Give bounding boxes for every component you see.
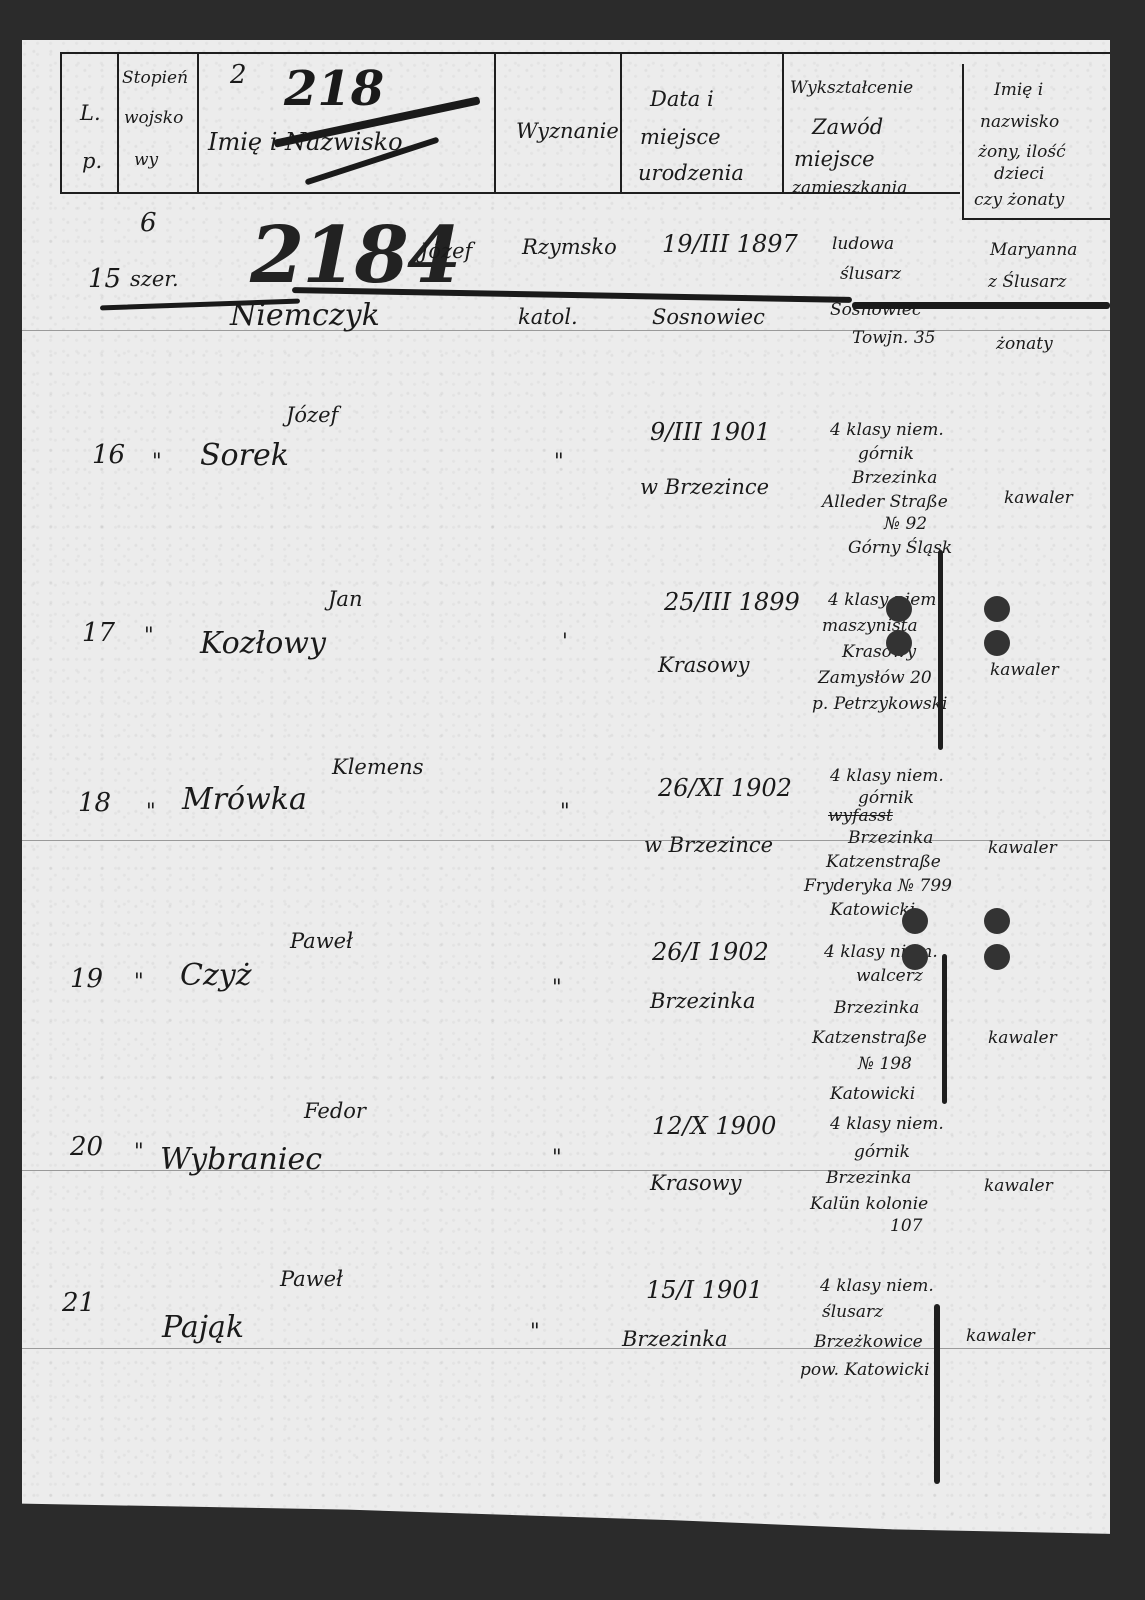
header-top-border	[60, 52, 1110, 54]
entry-religion-2: katol.	[518, 306, 578, 328]
entry-rank: "	[134, 970, 144, 992]
header-imie-zony-5: czy żonaty	[974, 192, 1064, 210]
entry-occupation: Katzenstraße	[812, 1030, 927, 1048]
punch-hole-icon	[886, 596, 912, 622]
header-zawod-3: miejsce	[794, 148, 875, 170]
entry-occupation: 4 klasy niem.	[828, 592, 942, 610]
entry-birth-date: 15/I 1901	[646, 1278, 763, 1303]
entry-occupation: wyfasst	[828, 808, 893, 826]
header-stopien-2: wojsko	[124, 110, 183, 128]
entry-rank: "	[146, 800, 156, 822]
entry-occupation: № 92	[884, 516, 927, 534]
punch-hole-icon	[984, 596, 1010, 622]
entry-birth-date: 19/III 1897	[662, 232, 798, 257]
margin-bracket	[942, 954, 947, 1104]
entry-birth-date: 9/III 1901	[650, 420, 771, 445]
register-page: L. p. Stopień wojsko wy 2 218 Imię i Naz…	[22, 40, 1110, 1552]
ruled-line	[22, 1348, 1110, 1349]
entry-rank: "	[152, 450, 162, 472]
header-divider	[117, 52, 119, 194]
entry-spouse: Maryanna	[990, 242, 1077, 260]
entry-birth-date: 26/XI 1902	[658, 776, 792, 801]
punch-hole-icon	[902, 908, 928, 934]
entry-religion: "	[560, 800, 570, 822]
entry-birth-place: w Brzezince	[644, 834, 773, 856]
header-stopien-1: Stopień	[122, 70, 188, 88]
entry-surname: Kozłowy	[200, 628, 326, 660]
entry-occupation: 4 klasy niem.	[830, 768, 944, 786]
entry-marital: kawaler	[990, 662, 1059, 680]
entry-lp: 21	[62, 1290, 95, 1317]
entry-birth-place: Brzezinka	[650, 990, 756, 1012]
entry-birth-place: Sosnowiec	[652, 306, 765, 328]
entry-lp: 15	[88, 266, 121, 293]
header-bottom-border-right	[962, 218, 1110, 220]
header-wyznanie: Wyznanie	[516, 120, 619, 142]
entry-marital: kawaler	[966, 1328, 1035, 1346]
entry-religion: "	[554, 450, 564, 472]
header-imie-zony-1: Imię i	[994, 82, 1043, 100]
header-lp-1: L.	[80, 102, 101, 124]
entry-birth-place: Krasowy	[658, 654, 750, 676]
margin-bracket	[934, 1304, 940, 1484]
header-divider	[782, 52, 784, 194]
header-imie-zony-3: żony, ilość	[978, 144, 1066, 162]
punch-hole-icon	[984, 630, 1010, 656]
entry-birth-date: 12/X 1900	[652, 1114, 776, 1139]
ruled-line	[22, 840, 1110, 841]
entry-given-name: Fedor	[304, 1100, 366, 1122]
entry-occupation: ślusarz	[840, 266, 901, 284]
entry-birth-place: Brzezinka	[622, 1328, 728, 1350]
header-data-1: Data i	[650, 88, 714, 110]
entry-given-name: Jan	[328, 588, 362, 610]
entry-religion: "	[552, 1146, 562, 1168]
header-divider	[962, 64, 964, 220]
entry-occupation: p. Petrzykowski	[812, 696, 948, 714]
entry-occupation: górnik	[854, 1144, 910, 1162]
entry-given-name: Klemens	[332, 756, 423, 778]
margin-bracket	[938, 550, 943, 750]
entry-surname: Pająk	[162, 1312, 244, 1344]
header-zawod-4: zamieszkania	[792, 180, 907, 198]
header-name-prefix: 2	[230, 62, 247, 89]
header-divider	[494, 52, 496, 194]
entry-surname: Mrówka	[182, 784, 307, 816]
entry-lp: 18	[78, 790, 111, 817]
entry-occupation: Brzezinka	[848, 830, 933, 848]
entry-lp: 19	[70, 966, 103, 993]
entry-surname: Wybraniec	[160, 1144, 322, 1176]
entry-lp: 16	[92, 442, 125, 469]
entry-surname: Sorek	[200, 440, 289, 472]
entry-rank: "	[144, 624, 154, 646]
entry-birth-date: 26/I 1902	[652, 940, 769, 965]
entry-surname: Czyż	[180, 960, 252, 992]
header-lp-2: p.	[82, 150, 102, 172]
entry-given-name: Paweł	[280, 1268, 343, 1290]
entry-occupation: Brzeżkowice	[814, 1334, 923, 1352]
entry-occupation: Zamysłów 20	[818, 670, 932, 688]
entry-rank: szer.	[130, 268, 179, 290]
entry-occupation: Towjn. 35	[852, 330, 935, 348]
entry-marital: kawaler	[1004, 490, 1073, 508]
entry-occupation: ślusarz	[822, 1304, 883, 1322]
entry-occupation: Górny Śląsk	[848, 540, 952, 558]
header-data-3: urodzenia	[638, 162, 744, 184]
entry-occupation: ludowa	[832, 236, 894, 254]
entry-occupation: pow. Katowicki	[800, 1362, 930, 1380]
entry-religion: "	[552, 976, 562, 998]
entry-religion: "	[530, 1320, 540, 1342]
header-data-2: miejsce	[640, 126, 721, 148]
header-divider	[197, 52, 199, 194]
header-imie-zony-4: dzieci	[994, 166, 1044, 184]
header-name-overwrite: 218	[284, 64, 384, 114]
entry-given-name: Paweł	[290, 930, 353, 952]
entry-occupation: Katzenstraße	[826, 854, 941, 872]
entry-occupation: Brzezinka	[826, 1170, 911, 1188]
entry-occupation: Fryderyka № 799	[804, 878, 952, 896]
entry-rank: "	[134, 1140, 144, 1162]
entry-occupation: Brzezinka	[852, 470, 937, 488]
entry-occupation: Brzezinka	[834, 1000, 919, 1018]
entry-occupation: 4 klasy niem.	[820, 1278, 934, 1296]
header-zawod-1: Wykształcenie	[790, 80, 913, 98]
entry-marital: kawaler	[984, 1178, 1053, 1196]
entry-occupation: 4 klasy niem.	[830, 422, 944, 440]
entry-birth-place: w Brzezince	[640, 476, 769, 498]
header-imie-zony-2: nazwisko	[980, 114, 1059, 132]
entry-occupation: Alleder Straße	[822, 494, 948, 512]
punch-hole-icon	[984, 944, 1010, 970]
entry-lp: 17	[82, 620, 115, 647]
entry-birth-place: Krasowy	[650, 1172, 742, 1194]
entry-marital: kawaler	[988, 840, 1057, 858]
entry-marital: kawaler	[988, 1030, 1057, 1048]
header-zawod-2: Zawód	[812, 116, 883, 138]
entry-occupation: Kalün kolonie	[810, 1196, 928, 1214]
entry-sub-number: 6	[140, 210, 157, 237]
entry-lp: 20	[70, 1134, 103, 1161]
punch-hole-icon	[984, 908, 1010, 934]
ruled-line	[22, 330, 1110, 331]
entry-occupation: Katowicki	[830, 1086, 915, 1104]
punch-hole-icon	[886, 630, 912, 656]
header-stopien-3: wy	[134, 152, 158, 170]
entry-marital: żonaty	[996, 336, 1053, 354]
entry-birth-date: 25/III 1899	[664, 590, 800, 615]
header-divider	[620, 52, 622, 194]
entry-occupation: № 198	[858, 1056, 912, 1074]
entry-spouse: z Ślusarz	[988, 274, 1066, 292]
entry-given-name: Józef	[420, 240, 472, 262]
entry-occupation: 4 klasy niem.	[830, 1116, 944, 1134]
entry-strike-line	[852, 302, 1110, 309]
entry-given-name: Józef	[286, 404, 338, 426]
entry-occupation: walcerz	[856, 968, 923, 986]
header-divider	[60, 52, 62, 194]
punch-hole-icon	[902, 944, 928, 970]
entry-occupation: 107	[890, 1218, 922, 1236]
entry-religion: '	[562, 630, 568, 652]
entry-religion-1: Rzymsko	[522, 236, 617, 258]
entry-occupation: górnik	[858, 446, 914, 464]
